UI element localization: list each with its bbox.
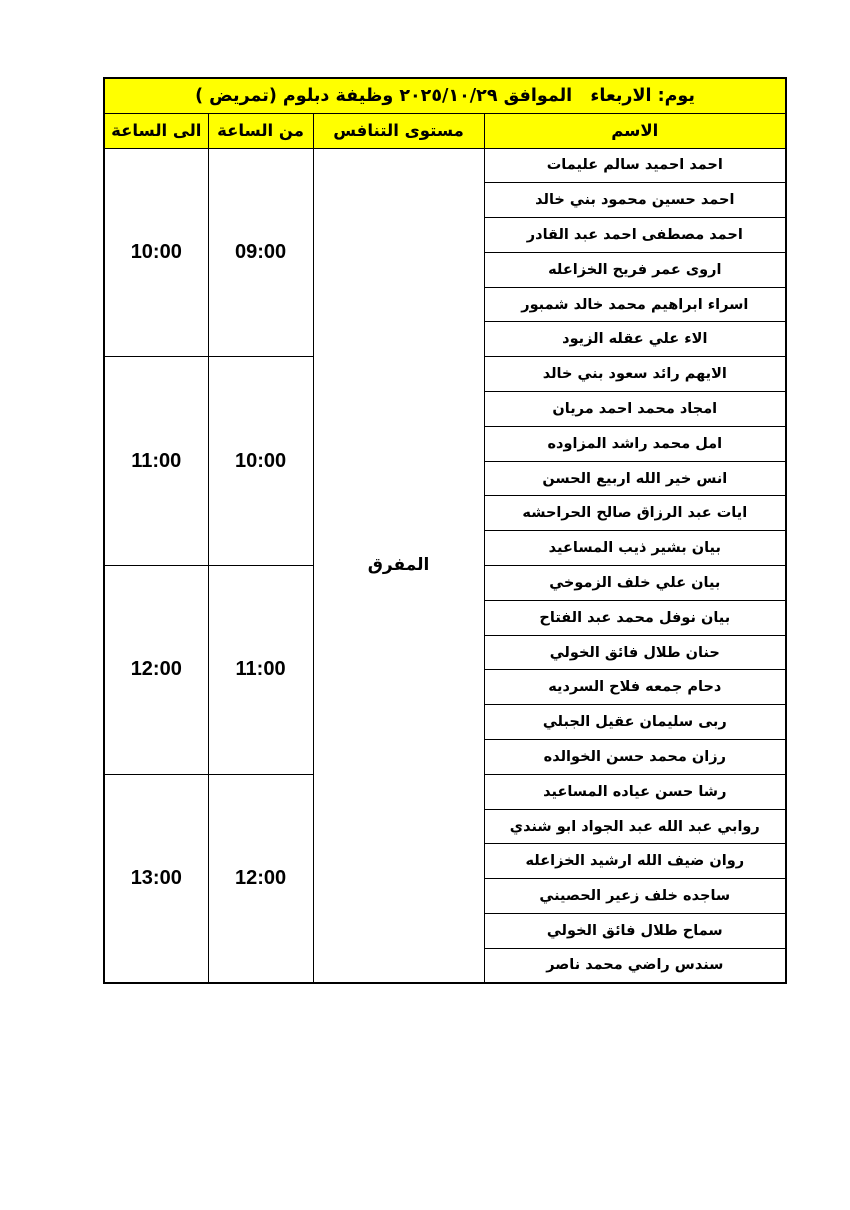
- competition-level-cell: المفرق: [313, 148, 484, 983]
- name-cell: الايهم رائد سعود بني خالد: [484, 357, 786, 392]
- to-hour-cell: 13:00: [104, 774, 208, 983]
- name-cell: ربى سليمان عقيل الجبلي: [484, 705, 786, 740]
- table-title: يوم: الاربعاء الموافق ٢٠٢٥/١٠/٢٩ وظيفة د…: [104, 78, 786, 113]
- name-cell: الاء علي عقله الزيود: [484, 322, 786, 357]
- name-cell: رزان محمد حسن الخوالده: [484, 740, 786, 775]
- name-cell: روان ضيف الله ارشيد الخزاعله: [484, 844, 786, 879]
- from-hour-cell: 11:00: [208, 566, 313, 775]
- to-hour-cell: 10:00: [104, 148, 208, 357]
- name-cell: اسراء ابراهيم محمد خالد شمبور: [484, 287, 786, 322]
- name-cell: اروى عمر فريح الخزاعله: [484, 252, 786, 287]
- name-cell: بيان علي خلف الزموخي: [484, 566, 786, 601]
- to-hour-cell: 11:00: [104, 357, 208, 566]
- from-hour-cell: 12:00: [208, 774, 313, 983]
- name-cell: رشا حسن عياده المساعيد: [484, 774, 786, 809]
- name-cell: انس خير الله اربيع الحسن: [484, 461, 786, 496]
- name-cell: احمد حسين محمود بني خالد: [484, 183, 786, 218]
- name-cell: دحام جمعه فلاح السرديه: [484, 670, 786, 705]
- name-cell: سندس راضي محمد ناصر: [484, 948, 786, 983]
- column-header-competition-level: مستوى التنافس: [313, 113, 484, 148]
- name-cell: بيان نوفل محمد عبد الفتاح: [484, 600, 786, 635]
- name-cell: سماح طلال فائق الخولي: [484, 914, 786, 949]
- to-hour-cell: 12:00: [104, 566, 208, 775]
- name-cell: بيان بشير ذيب المساعيد: [484, 531, 786, 566]
- name-cell: احمد احميد سالم عليمات: [484, 148, 786, 183]
- schedule-table: يوم: الاربعاء الموافق ٢٠٢٥/١٠/٢٩ وظيفة د…: [103, 77, 787, 984]
- name-cell: امل محمد راشد المزاوده: [484, 426, 786, 461]
- from-hour-cell: 09:00: [208, 148, 313, 357]
- name-cell: ساجده خلف زعير الحصيني: [484, 879, 786, 914]
- document-page: يوم: الاربعاء الموافق ٢٠٢٥/١٠/٢٩ وظيفة د…: [0, 0, 850, 1210]
- from-hour-cell: 10:00: [208, 357, 313, 566]
- name-cell: روابي عبد الله عبد الجواد ابو شندي: [484, 809, 786, 844]
- name-cell: احمد مصطفى احمد عبد القادر: [484, 218, 786, 253]
- column-header-to-hour: الى الساعة: [104, 113, 208, 148]
- column-header-name: الاسم: [484, 113, 786, 148]
- column-header-from-hour: من الساعة: [208, 113, 313, 148]
- name-cell: ايات عبد الرزاق صالح الحراحشه: [484, 496, 786, 531]
- name-cell: امجاد محمد احمد مريان: [484, 392, 786, 427]
- name-cell: حنان طلال فائق الخولي: [484, 635, 786, 670]
